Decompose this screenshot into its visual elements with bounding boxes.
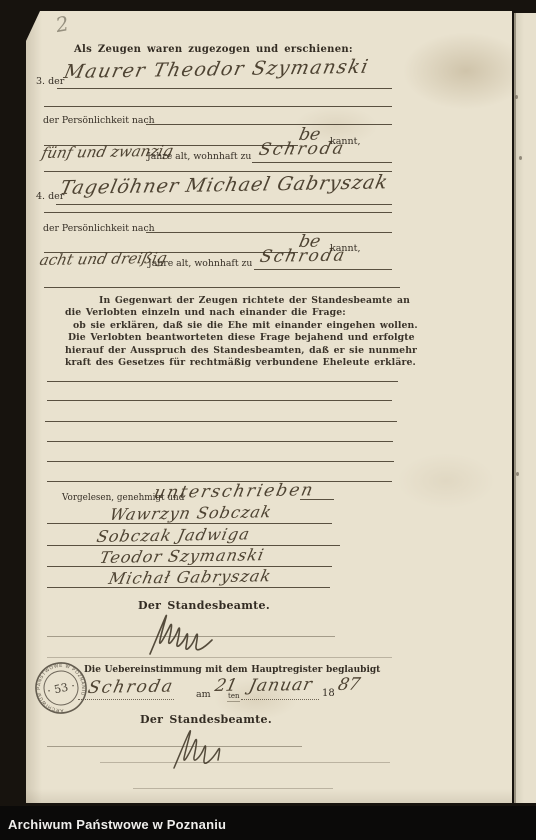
ruled-line <box>47 461 394 462</box>
ruled-line <box>47 746 302 747</box>
witness-signature: Sobczak Jadwiga <box>95 524 252 546</box>
ruled-line <box>47 441 393 442</box>
witness-signature: Teodor Szymanski <box>98 545 266 567</box>
ruled-line <box>146 232 392 233</box>
registrar-heading: Der Standesbeamte. <box>140 713 272 726</box>
certification-month-handwritten: Januar <box>247 675 315 696</box>
declaration-paragraph: In Gegenwart der Zeugen richtete der Sta… <box>65 295 405 369</box>
section-divider-line <box>44 287 400 288</box>
certification-text: Die Uebereinstimmung mit dem Hauptregist… <box>84 665 380 675</box>
witness3-identity-label: der Persönlichkeit nach <box>43 115 155 126</box>
declaration-line: kraft des Gesetzes für rechtmäßig verbun… <box>65 357 405 369</box>
ruled-line <box>44 212 392 213</box>
binding-hole <box>516 472 519 476</box>
signature-line <box>47 523 332 524</box>
ruled-line <box>47 381 398 382</box>
witness-signature: Wawrzyn Sobczak <box>108 502 274 524</box>
ruled-line <box>44 106 392 107</box>
archive-footer-bar: Archiwum Państwowe w Poznaniu <box>0 806 536 840</box>
certification-day-suffix: ten <box>228 692 239 700</box>
archive-footer-label: Archiwum Państwowe w Poznaniu <box>8 817 226 832</box>
ruled-line <box>227 701 240 702</box>
witness3-age-printed-label: Jahre alt, wohnhaft zu <box>147 151 251 162</box>
declaration-line: Die Verlobten beantworteten diese Frage … <box>65 332 405 344</box>
certification-year-handwritten: 87 <box>336 675 362 695</box>
witness3-prefix: 3. der <box>36 76 64 87</box>
stamp-number: · 53 · <box>46 679 76 698</box>
declaration-line: hierauf der Ausspruch des Standesbeamten… <box>65 345 405 357</box>
ruled-line <box>47 400 392 401</box>
witness4-residence-handwritten: Schroda <box>258 246 348 267</box>
registrar-signature-scribble <box>142 610 227 658</box>
dotted-line <box>241 699 319 700</box>
certification-year-printed: 18 <box>322 688 335 699</box>
ruled-line <box>146 124 392 125</box>
binding-hole <box>519 156 522 160</box>
binding-hole <box>515 95 518 99</box>
declaration-line: ob sie erklären, daß sie die Ehe mit ein… <box>65 320 405 332</box>
ruled-line <box>47 657 392 658</box>
ruled-line <box>254 269 392 270</box>
registrar-signature-scribble <box>168 726 230 772</box>
ruled-line <box>45 421 397 422</box>
witnesses-heading: Als Zeugen waren zugezogen und erschiene… <box>74 44 353 55</box>
ruled-line <box>57 88 392 89</box>
certification-place-handwritten: Schroda <box>86 677 176 698</box>
declaration-line: die Verlobten einzeln und nach einander … <box>65 307 405 319</box>
ruled-line <box>100 762 390 763</box>
ruled-line <box>300 499 334 500</box>
witness4-identity-label: der Persönlichkeit nach <box>43 223 155 234</box>
ruled-line <box>252 162 392 163</box>
declaration-line: In Gegenwart der Zeugen richtete der Sta… <box>65 295 405 307</box>
adjacent-page-edge <box>514 13 536 803</box>
ruled-line <box>56 204 392 205</box>
closing-handwritten: unterschrieben <box>152 480 317 503</box>
signature-line <box>47 587 330 588</box>
witness-signature: Michał Gabryszak <box>107 566 273 588</box>
ruled-line <box>47 636 335 637</box>
witness3-residence-handwritten: Schroda <box>257 139 347 160</box>
witness4-age-printed-label: Jahre alt, wohnhaft zu <box>148 258 252 269</box>
ruled-line <box>133 788 333 789</box>
archive-stamp: ARCHIWUM PAŃSTWOWE W POZNANIU · 53 · <box>27 654 96 723</box>
certification-am-label: am <box>196 689 211 700</box>
